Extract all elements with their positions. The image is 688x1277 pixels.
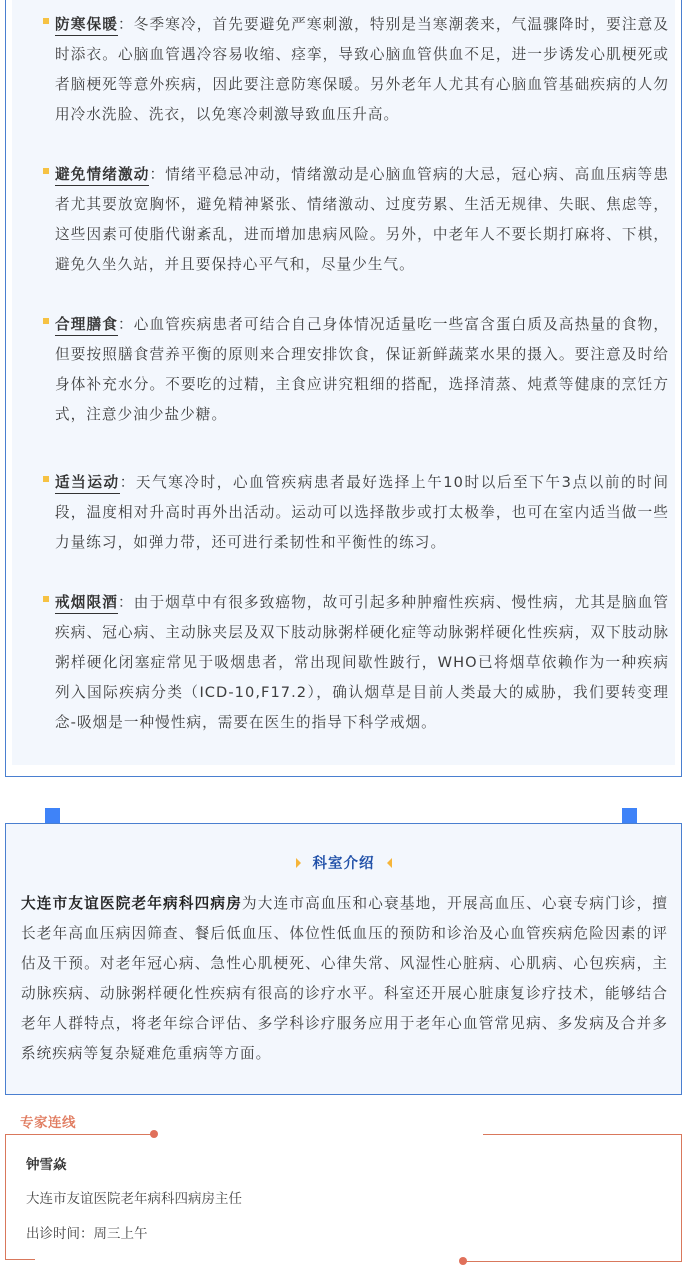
tip-title: 适当运动 [55,474,120,494]
tip-title: 戒烟限酒 [55,594,118,614]
department-intro-box: 科室介绍 大连市友谊医院老年病科四病房为大连市高血压和心衰基地，开展高血压、心衰… [5,823,682,1095]
frame-line [463,1261,682,1262]
bullet-square-icon [43,476,49,482]
tip-title: 防寒保暖 [55,16,118,36]
health-tips-box: 防寒保暖：冬季寒冷，首先要避免严寒刺激，特别是当寒潮袭来，气温骤降时，要注意及时… [5,0,682,777]
expert-name: 钟雪焱 [26,1153,67,1173]
triangle-right-icon [296,858,301,868]
tip-text: ：天气寒冷时，心血管疾病患者最好选择上午10时以后至下午3点以前的时间段，温度相… [55,474,669,551]
frame-line [5,1134,155,1135]
tip-exercise: 适当运动：天气寒冷时，心血管疾病患者最好选择上午10时以后至下午3点以前的时间段… [55,468,669,558]
frame-line [5,1134,6,1260]
tip-quit-smoking: 戒烟限酒：由于烟草中有很多致癌物，故可引起多种肿瘤性疾病、慢性病，尤其是脑血管疾… [55,588,669,738]
frame-line [5,1259,35,1260]
department-description-text: 为大连市高血压和心衰基地，开展高血压、心衰专病门诊，擅长老年高血压病因筛查、餐后… [21,895,668,1062]
tip-text: ：冬季寒冷，首先要避免严寒刺激，特别是当寒潮袭来，气温骤降时，要注意及时添衣。心… [55,16,669,123]
department-heading-row: 科室介绍 [6,852,681,873]
dot-icon [459,1257,467,1265]
tab-square-left-icon [45,808,60,823]
dot-icon [150,1130,158,1138]
tip-title: 合理膳食 [55,316,118,336]
expert-title: 大连市友谊医院老年病科四病房主任 [26,1187,242,1207]
tip-diet: 合理膳食：心血管疾病患者可结合自己身体情况适量吃一些富含蛋白质及高热量的食物，但… [55,310,669,430]
department-name: 大连市友谊医院老年病科四病房 [21,895,242,912]
expert-schedule: 出诊时间：周三上午 [26,1222,148,1242]
tip-text: ：心血管疾病患者可结合自己身体情况适量吃一些富含蛋白质及高热量的食物，但要按照膳… [55,316,669,423]
bullet-square-icon [43,318,49,324]
expert-heading: 专家连线 [20,1111,76,1131]
department-heading: 科室介绍 [313,856,375,872]
department-description: 大连市友谊医院老年病科四病房为大连市高血压和心衰基地，开展高血压、心衰专病门诊，… [21,889,668,1069]
bullet-square-icon [43,18,49,24]
tip-text: ：由于烟草中有很多致癌物，故可引起多种肿瘤性疾病、慢性病，尤其是脑血管疾病、冠心… [55,594,669,731]
triangle-left-icon [387,858,392,868]
frame-line [483,1134,682,1135]
tip-title: 避免情绪激动 [55,166,149,186]
bullet-square-icon [43,168,49,174]
tab-square-right-icon [622,808,637,823]
bullet-square-icon [43,596,49,602]
tip-keep-warm: 防寒保暖：冬季寒冷，首先要避免严寒刺激，特别是当寒潮袭来，气温骤降时，要注意及时… [55,10,669,130]
frame-line [681,1134,682,1261]
health-tips-panel: 防寒保暖：冬季寒冷，首先要避免严寒刺激，特别是当寒潮袭来，气温骤降时，要注意及时… [12,0,675,765]
tip-avoid-emotion: 避免情绪激动：情绪平稳忌冲动，情绪激动是心脑血管病的大忌，冠心病、高血压病等患者… [55,160,669,280]
